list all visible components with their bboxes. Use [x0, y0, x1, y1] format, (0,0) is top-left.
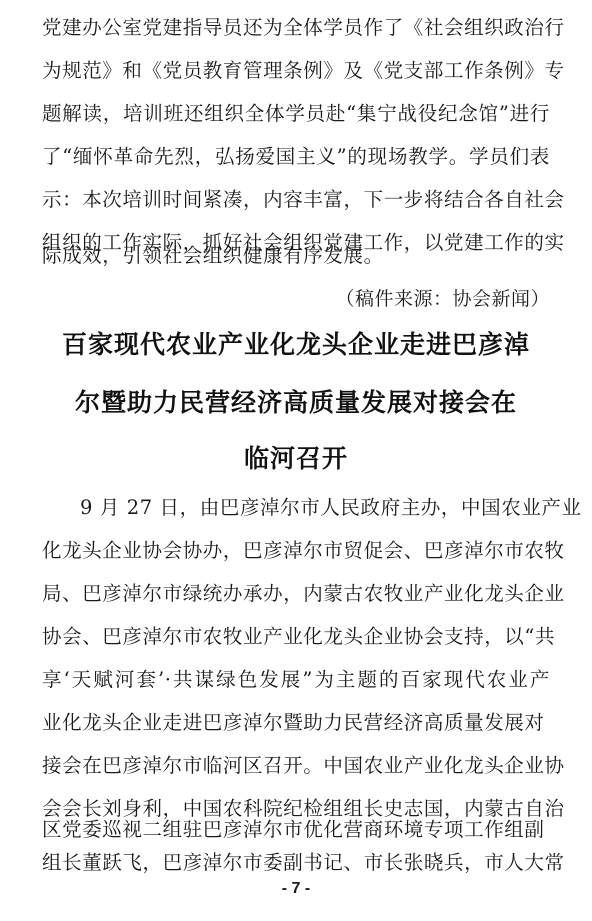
paragraph-line: 接会在巴彦淖尔市临河区召开。中国农业产业化龙头企业协 [42, 754, 550, 778]
paragraph-line: 局、巴彦淖尔市绿统办承办，内蒙古农牧业产业化龙头企业 [42, 582, 550, 606]
article-title-line: 尔暨助力民营经济高质量发展对接会在 [0, 388, 592, 418]
paragraph-line: 9 月 27 日，由巴彦淖尔市人民政府主办，中国农业产业 [80, 496, 550, 520]
paragraph-line: 为规范》和《党员教育管理条例》及《党支部工作条例》专 [42, 59, 550, 83]
article-title-line: 百家现代农业产业化龙头企业走进巴彦淖 [0, 330, 592, 360]
paragraph-line: 题解读，培训班还组织全体学员赴“集宁战役纪念馆”进行 [42, 102, 550, 126]
page-number: - 7 - [0, 880, 592, 898]
article-title-line: 临河召开 [0, 444, 592, 474]
paragraph-line: 业化龙头企业走进巴彦淖尔暨助力民营经济高质量发展对 [42, 711, 532, 735]
document-page: 党建办公室党建指导员还为全体学员作了《社会组织政治行 为规范》和《党员教育管理条… [0, 0, 592, 921]
paragraph-line: 化龙头企业协会协办，巴彦淖尔市贸促会、巴彦淖尔市农牧 [42, 539, 550, 563]
paragraph-line: 际成效，引领社会组织健康有序发展。 [42, 244, 550, 268]
paragraph-line: 党建办公室党建指导员还为全体学员作了《社会组织政治行 [42, 16, 550, 40]
paragraph-line: 区党委巡视二组驻巴彦淖尔市优化营商环境专项工作组副 [42, 818, 532, 842]
paragraph-line: 协会、巴彦淖尔市农牧业产业化龙头企业协会支持，以“共 [42, 625, 550, 649]
paragraph-line: 了“缅怀革命先烈，弘扬爱国主义”的现场教学。学员们表 [42, 145, 550, 169]
paragraph-line: 示：本次培训时间紧凑，内容丰富，下一步将结合各自社会 [42, 188, 550, 212]
paragraph-line: 享‘天赋河套’·共谋绿色发展”为主题的百家现代农业产 [42, 668, 550, 692]
article-source: （稿件来源：协会新闻） [335, 287, 550, 311]
paragraph-line: 组长董跃飞，巴彦淖尔市委副书记、市长张晓兵，市人大常 [42, 851, 550, 875]
